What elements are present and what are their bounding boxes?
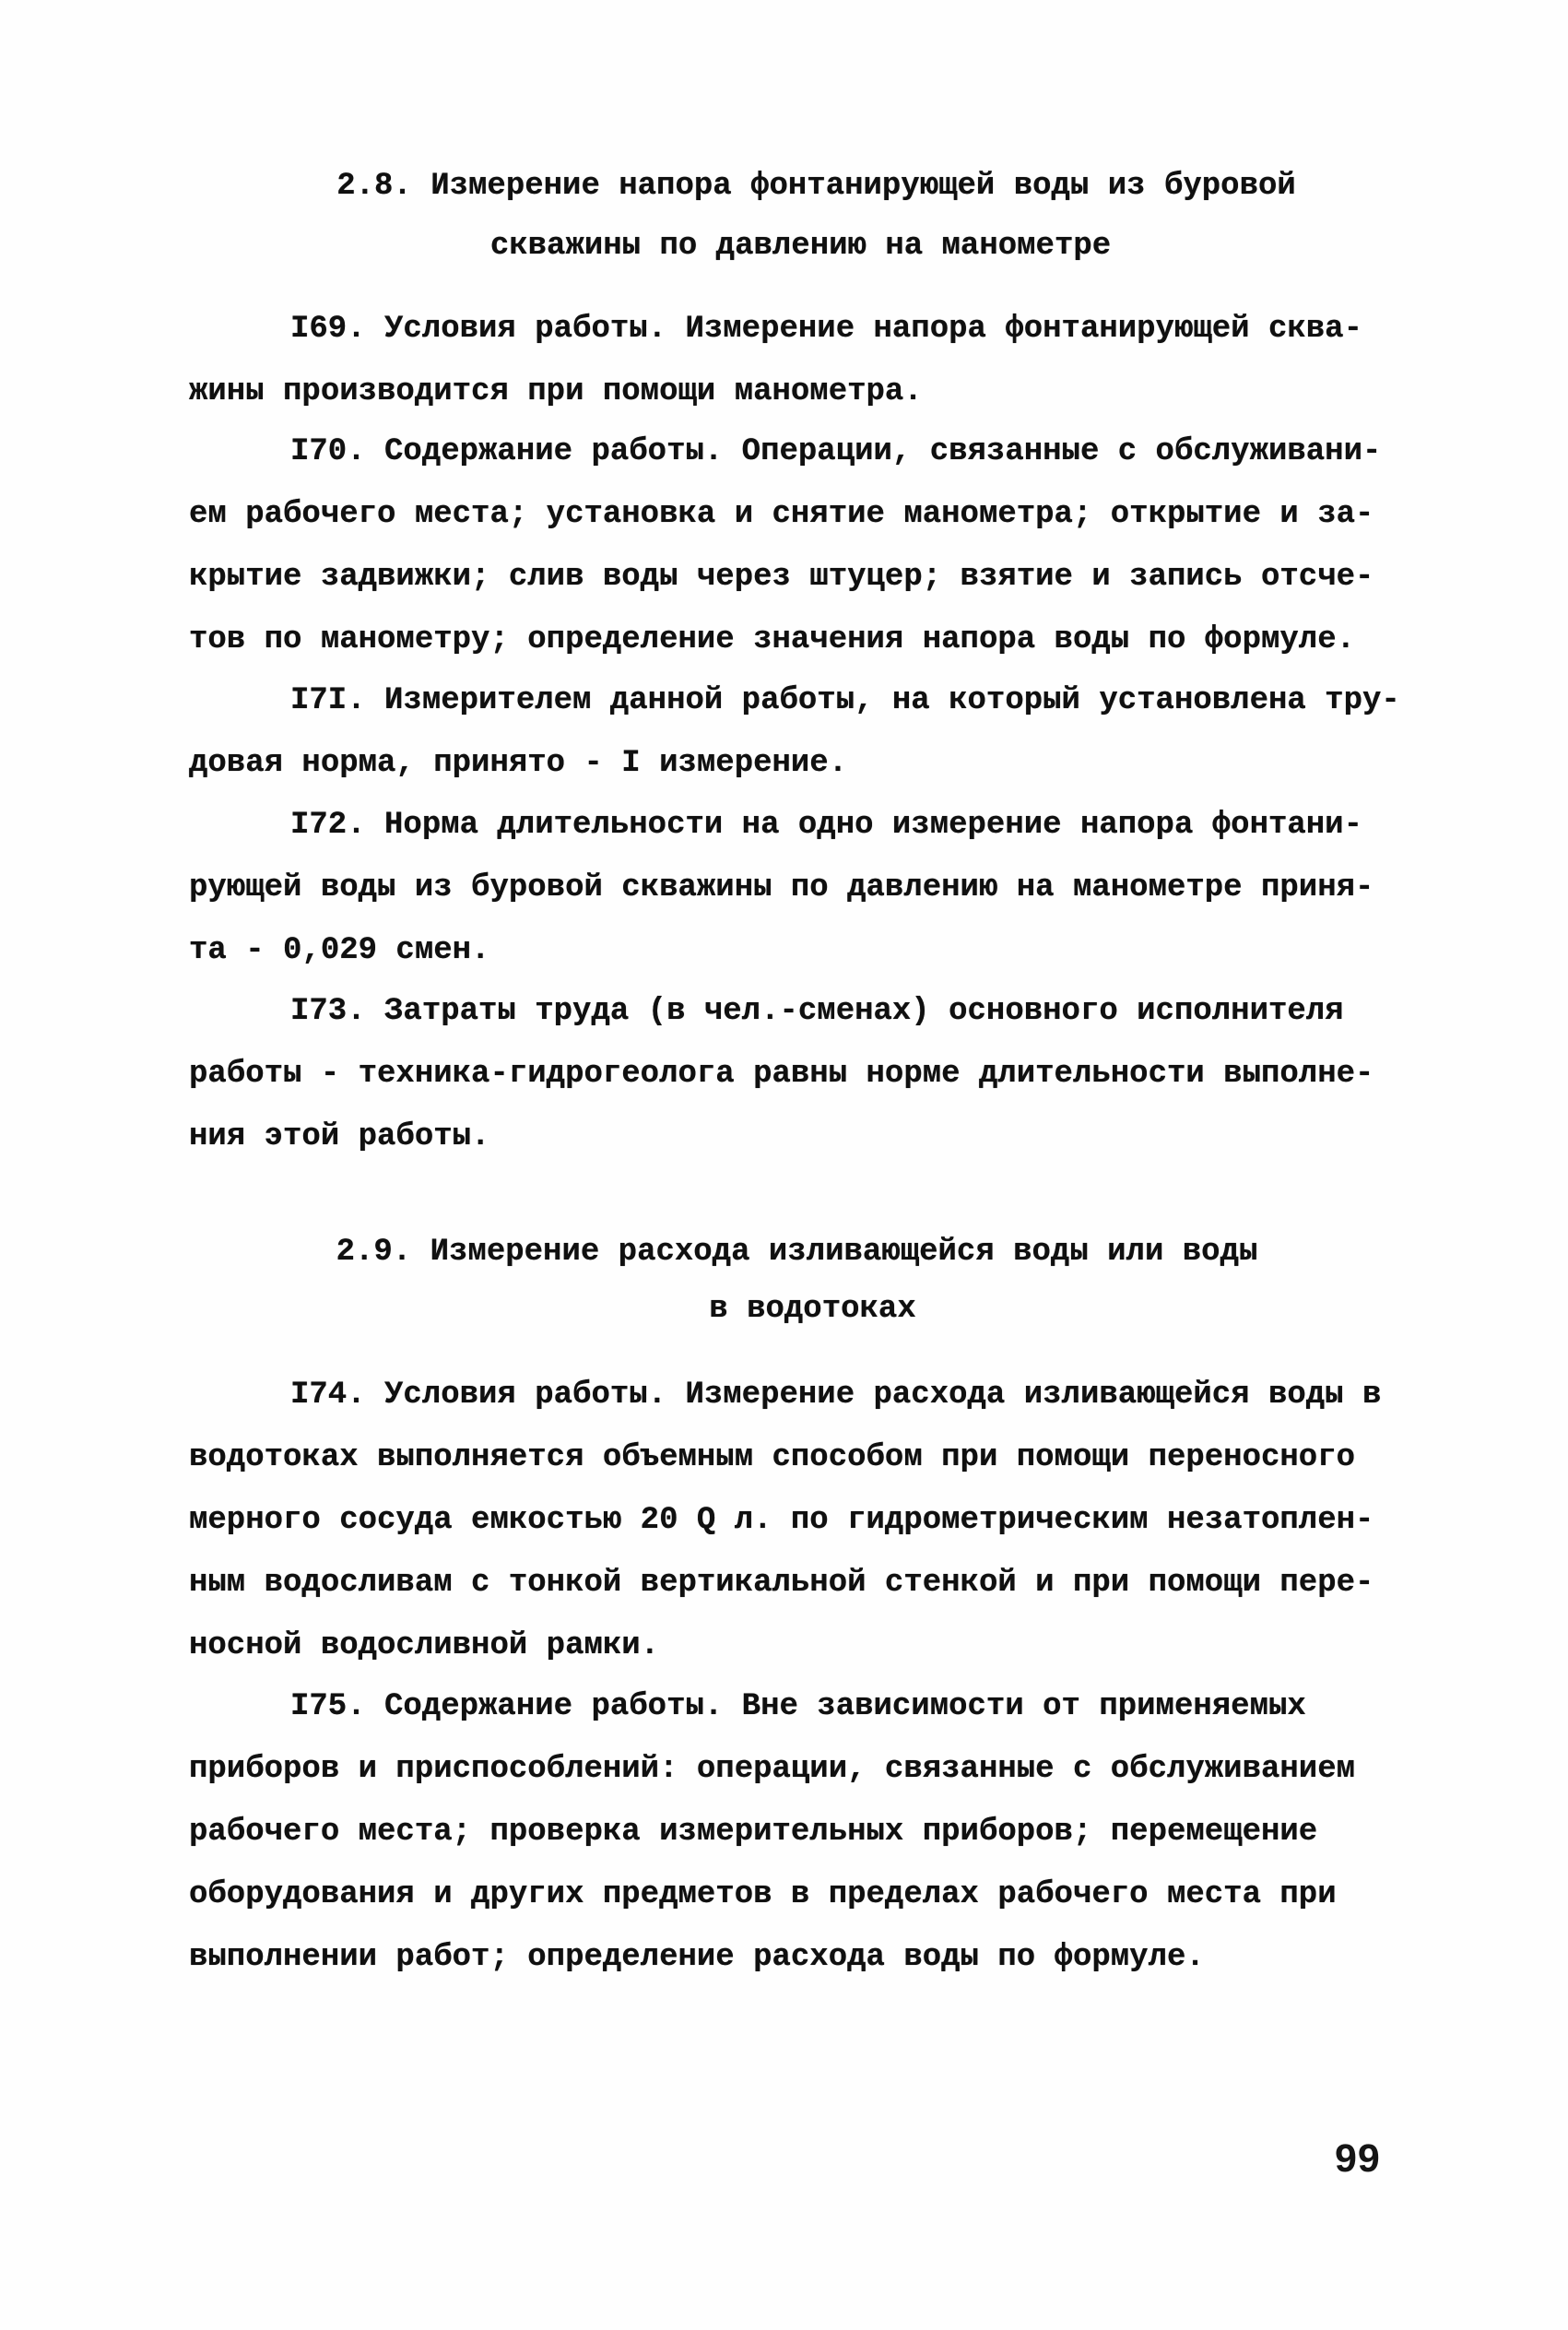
paragraph-172: I72. Норма длительности на одно измерени… [189, 804, 1387, 992]
paragraph-line: оборудования и других предметов в предел… [189, 1874, 1387, 1936]
section-2-8-heading-line-1: 2.8. Измерение напора фонтанирующей воды… [0, 165, 1568, 207]
paragraph-line: мерного сосуда емкостью 20 Q л. по гидро… [189, 1499, 1387, 1562]
paragraph-line: I7I. Измерителем данной работы, на котор… [189, 680, 1387, 742]
page-number: 99 [1335, 2137, 1399, 2180]
paragraph-line: ем рабочего места; установка и снятие ма… [189, 493, 1387, 556]
paragraph-line: рующей воды из буровой скважины по давле… [189, 867, 1387, 929]
paragraph-line: довая норма, принято - I измерение. [189, 742, 1387, 805]
paragraph-line: I75. Содержание работы. Вне зависимости … [189, 1685, 1387, 1748]
paragraph-line: I74. Условия работы. Измерение расхода и… [189, 1374, 1387, 1437]
paragraph-line: I72. Норма длительности на одно измерени… [189, 804, 1387, 867]
paragraph-line: ния этой работы. [189, 1116, 1387, 1178]
paragraph-170: I70. Содержание работы. Операции, связан… [189, 431, 1387, 681]
paragraph-line: жины производится при помощи манометра. [189, 371, 1387, 433]
scanned-document-page: 2.8. Измерение напора фонтанирующей воды… [0, 0, 1568, 2330]
paragraph-line: та - 0,029 смен. [189, 929, 1387, 992]
paragraph-line: работы - техника-гидрогеолога равны норм… [189, 1053, 1387, 1116]
paragraph-line: ным водосливам с тонкой вертикальной сте… [189, 1562, 1387, 1625]
paragraph-171: I7I. Измерителем данной работы, на котор… [189, 680, 1387, 805]
paragraph-173: I73. Затраты труда (в чел.-сменах) основ… [189, 990, 1387, 1178]
paragraph-174: I74. Условия работы. Измерение расхода и… [189, 1374, 1387, 1687]
paragraph-line: носной водосливной рамки. [189, 1625, 1387, 1687]
paragraph-line: I70. Содержание работы. Операции, связан… [189, 431, 1387, 493]
paragraph-line: рабочего места; проверка измерительных п… [189, 1811, 1387, 1874]
paragraph-line: крытие задвижки; слив воды через штуцер;… [189, 556, 1387, 619]
paragraph-175: I75. Содержание работы. Вне зависимости … [189, 1685, 1387, 1999]
paragraph-line: водотоках выполняется объемным способом … [189, 1437, 1387, 1499]
paragraph-169: I69. Условия работы. Измерение напора фо… [189, 308, 1387, 433]
paragraph-line: тов по манометру; определение значения н… [189, 619, 1387, 681]
paragraph-line: выполнении работ; определение расхода во… [189, 1936, 1387, 1999]
section-2-9-heading-line-1: 2.9. Измерение расхода изливающейся воды… [0, 1231, 1568, 1273]
paragraph-line: I69. Условия работы. Измерение напора фо… [189, 308, 1387, 371]
section-2-8-heading-line-2: скважины по давлению на манометре [0, 225, 1568, 267]
paragraph-line: приборов и приспособлений: операции, свя… [189, 1748, 1387, 1811]
section-2-9-heading-line-2: в водотоках [0, 1288, 1568, 1331]
paragraph-line: I73. Затраты труда (в чел.-сменах) основ… [189, 990, 1387, 1053]
